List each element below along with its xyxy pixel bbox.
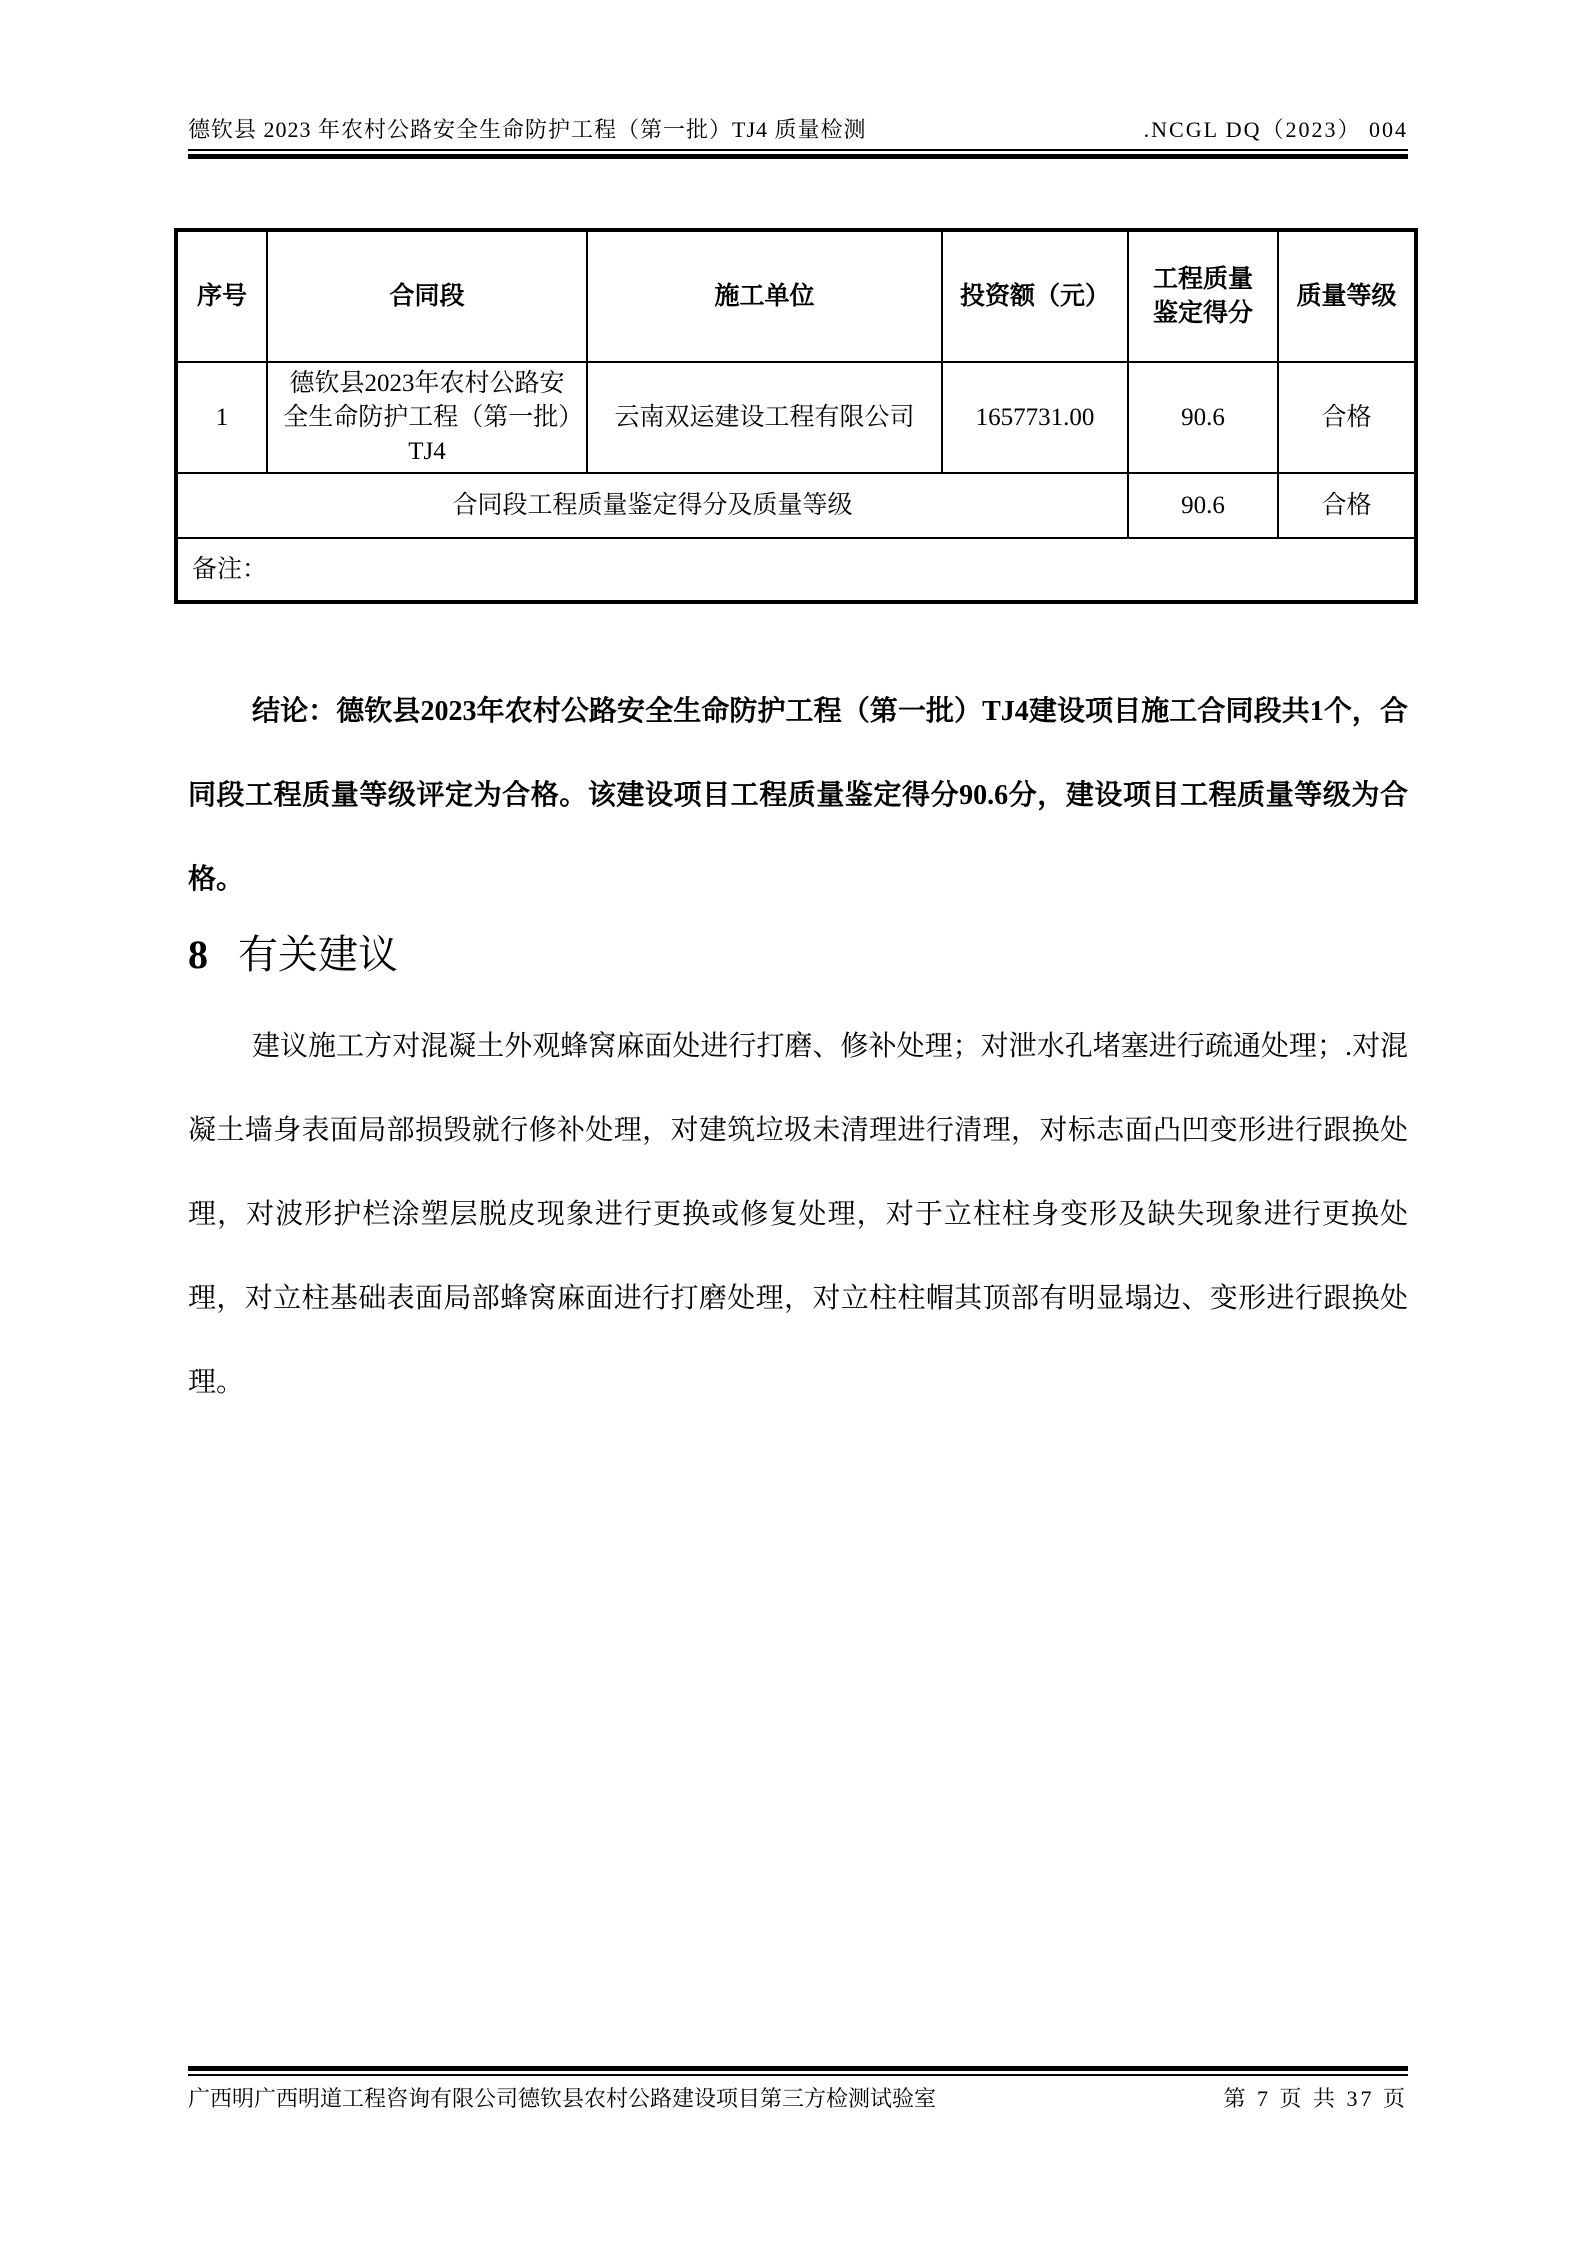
section-number: 8: [188, 932, 208, 977]
footer-page-number: 第 7 页 共 37 页: [1223, 2082, 1408, 2113]
header-report-code: .NCGL DQ（2023） 004: [1144, 113, 1408, 144]
cell-index: 1: [176, 362, 267, 473]
page-footer: 广西明广西明道工程咨询有限公司德钦县农村公路建设项目第三方检测试验室 第 7 页…: [188, 2082, 1408, 2112]
col-header-score: 工程质量鉴定得分: [1128, 230, 1278, 362]
col-header-contract-section: 合同段: [267, 230, 587, 362]
cell-score: 90.6: [1128, 362, 1278, 473]
summary-score: 90.6: [1128, 473, 1278, 538]
conclusion-paragraph: 结论：德钦县2023年农村公路安全生命防护工程（第一批）TJ4建设项目施工合同段…: [188, 670, 1408, 922]
notes-label: 备注：: [176, 538, 1416, 602]
table-row: 1 德钦县2023年农村公路安全生命防护工程（第一批）TJ4 云南双运建设工程有…: [176, 362, 1416, 473]
header-rule-thin: [188, 149, 1408, 151]
cell-contract-section: 德钦县2023年农村公路安全生命防护工程（第一批）TJ4: [267, 362, 587, 473]
table-summary-row: 合同段工程质量鉴定得分及质量等级 90.6 合格: [176, 473, 1416, 538]
suggestion-paragraph: 建议施工方对混凝土外观蜂窝麻面处进行打磨、修补处理；对泄水孔堵塞进行疏通处理；.…: [188, 1005, 1408, 1425]
table-header-row: 序号 合同段 施工单位 投资额（元） 工程质量鉴定得分 质量等级: [176, 230, 1416, 362]
section-heading: 8有关建议: [188, 925, 398, 985]
header-title: 德钦县 2023 年农村公路安全生命防护工程（第一批）TJ4 质量检测: [188, 113, 867, 144]
cell-grade: 合格: [1278, 362, 1416, 473]
col-header-grade: 质量等级: [1278, 230, 1416, 362]
table-notes-row: 备注：: [176, 538, 1416, 602]
footer-rule-thin: [188, 2074, 1408, 2076]
col-header-index: 序号: [176, 230, 267, 362]
cell-contractor: 云南双运建设工程有限公司: [587, 362, 942, 473]
summary-grade: 合格: [1278, 473, 1416, 538]
quality-result-table: 序号 合同段 施工单位 投资额（元） 工程质量鉴定得分 质量等级 1 德钦县20…: [174, 228, 1418, 604]
summary-label: 合同段工程质量鉴定得分及质量等级: [176, 473, 1128, 538]
section-title: 有关建议: [238, 932, 398, 977]
page-header: 德钦县 2023 年农村公路安全生命防护工程（第一批）TJ4 质量检测 .NCG…: [188, 113, 1408, 143]
footer-organization: 广西明广西明道工程咨询有限公司德钦县农村公路建设项目第三方检测试验室: [188, 2082, 936, 2113]
footer-rule-thick: [188, 2066, 1408, 2071]
col-header-contractor: 施工单位: [587, 230, 942, 362]
header-rule-thick: [188, 154, 1408, 159]
col-header-investment: 投资额（元）: [942, 230, 1128, 362]
cell-investment: 1657731.00: [942, 362, 1128, 473]
